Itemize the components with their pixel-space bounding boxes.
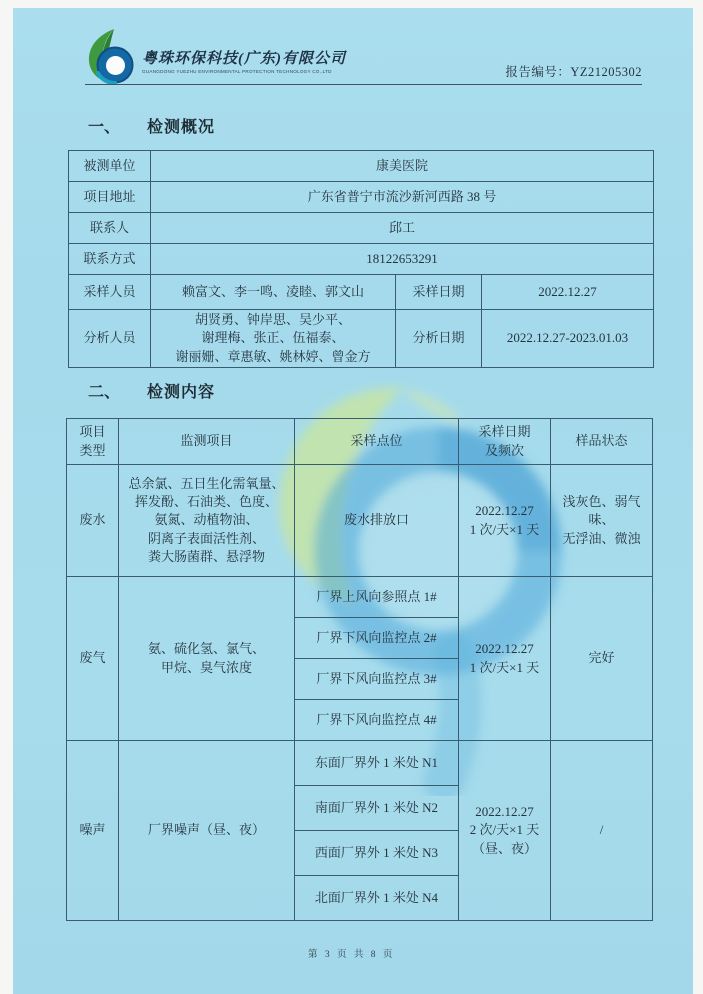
column-header: 采样日期 及频次 — [459, 419, 551, 465]
content-table: 项目 类型 监测项目 采样点位 采样日期 及频次 样品状态 废水 总余氯、五日生… — [66, 418, 653, 921]
field-label: 被测单位 — [69, 151, 151, 182]
sampling-point: 北面厂界外 1 米处 N4 — [295, 876, 459, 921]
field-value: 18122653291 — [151, 244, 654, 275]
report-number-value: YZ21205302 — [570, 65, 642, 79]
column-header: 采样点位 — [295, 419, 459, 465]
table-row: 项目地址 广东省普宁市流沙新河西路 38 号 — [69, 182, 654, 213]
section1-heading: 一、检测概况 — [88, 114, 215, 137]
sampling-personnel: 赖富文、李一鸣、凌睦、郭文山 — [151, 275, 396, 310]
sampling-point: 厂界下风向监控点 2# — [295, 618, 459, 659]
sample-status: 完好 — [551, 577, 653, 741]
report-number: 报告编号：YZ21205302 — [430, 62, 642, 80]
sample-status: / — [551, 741, 653, 921]
sampling-point: 西面厂界外 1 米处 N3 — [295, 831, 459, 876]
section2-number: 二、 — [88, 379, 120, 402]
section2-heading: 二、检测内容 — [88, 379, 215, 402]
sampling-date: 2022.12.27 — [482, 275, 654, 310]
project-type: 废水 — [67, 465, 119, 577]
analysis-personnel: 胡贤勇、钟岸思、吴少平、 谢理梅、张正、伍福泰、 谢丽姗、章惠敏、姚林婷、曾金方 — [151, 310, 396, 368]
table-header-row: 项目 类型 监测项目 采样点位 采样日期 及频次 样品状态 — [67, 419, 653, 465]
sampling-schedule: 2022.12.27 2 次/天×1 天 （昼、夜） — [459, 741, 551, 921]
field-label: 采样人员 — [69, 275, 151, 310]
table-row: 分析人员 胡贤勇、钟岸思、吴少平、 谢理梅、张正、伍福泰、 谢丽姗、章惠敏、姚林… — [69, 310, 654, 368]
sampling-point: 废水排放口 — [295, 465, 459, 577]
field-label: 采样日期 — [396, 275, 482, 310]
section1-title: 检测概况 — [147, 114, 215, 137]
section2-title: 检测内容 — [147, 379, 215, 402]
sampling-schedule: 2022.12.27 1 次/天×1 天 — [459, 465, 551, 577]
project-type: 废气 — [67, 577, 119, 741]
sampling-point: 厂界下风向监控点 4# — [295, 700, 459, 741]
field-value: 康美医院 — [151, 151, 654, 182]
analysis-date: 2022.12.27-2023.01.03 — [482, 310, 654, 368]
table-row-wastewater: 废水 总余氯、五日生化需氧量、 挥发酚、石油类、色度、 氨氮、动植物油、 阴离子… — [67, 465, 653, 577]
table-row: 被测单位 康美医院 — [69, 151, 654, 182]
sampling-point: 厂界下风向监控点 3# — [295, 659, 459, 700]
header-divider — [85, 84, 642, 85]
sampling-point: 南面厂界外 1 米处 N2 — [295, 786, 459, 831]
field-label: 联系人 — [69, 213, 151, 244]
overview-table: 被测单位 康美医院 项目地址 广东省普宁市流沙新河西路 38 号 联系人 邱工 … — [68, 150, 654, 368]
table-row-wastegas: 废气 氨、硫化氢、氯气、 甲烷、臭气浓度 厂界上风向参照点 1# 2022.12… — [67, 577, 653, 618]
sample-status: 浅灰色、弱气味、 无浮油、微浊 — [551, 465, 653, 577]
column-header: 项目 类型 — [67, 419, 119, 465]
sampling-point: 东面厂界外 1 米处 N1 — [295, 741, 459, 786]
monitoring-items: 氨、硫化氢、氯气、 甲烷、臭气浓度 — [119, 577, 295, 741]
monitoring-items: 厂界噪声（昼、夜） — [119, 741, 295, 921]
page-number: 第 3 页 共 8 页 — [0, 946, 703, 960]
field-value: 广东省普宁市流沙新河西路 38 号 — [151, 182, 654, 213]
field-label: 分析人员 — [69, 310, 151, 368]
field-label: 分析日期 — [396, 310, 482, 368]
field-label: 项目地址 — [69, 182, 151, 213]
company-logo-icon — [84, 27, 138, 89]
table-row-noise: 噪声 厂界噪声（昼、夜） 东面厂界外 1 米处 N1 2022.12.27 2 … — [67, 741, 653, 786]
table-row: 采样人员 赖富文、李一鸣、凌睦、郭文山 采样日期 2022.12.27 — [69, 275, 654, 310]
column-header: 监测项目 — [119, 419, 295, 465]
report-number-label: 报告编号： — [505, 65, 570, 79]
field-value: 邱工 — [151, 213, 654, 244]
table-row: 联系人 邱工 — [69, 213, 654, 244]
column-header: 样品状态 — [551, 419, 653, 465]
monitoring-items: 总余氯、五日生化需氧量、 挥发酚、石油类、色度、 氨氮、动植物油、 阴离子表面活… — [119, 465, 295, 577]
section1-number: 一、 — [88, 114, 120, 137]
table-row: 联系方式 18122653291 — [69, 244, 654, 275]
sampling-point: 厂界上风向参照点 1# — [295, 577, 459, 618]
project-type: 噪声 — [67, 741, 119, 921]
sampling-schedule: 2022.12.27 1 次/天×1 天 — [459, 577, 551, 741]
field-label: 联系方式 — [69, 244, 151, 275]
